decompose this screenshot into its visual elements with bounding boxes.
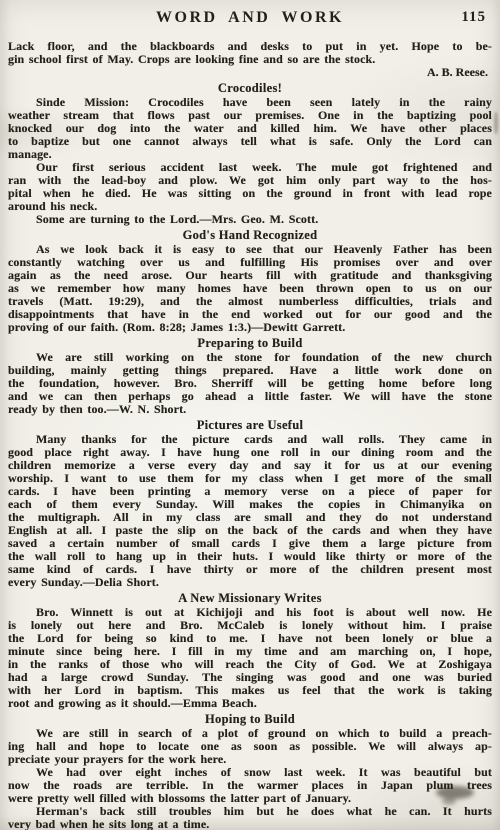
text-line: We are still working on the stone for fo… [8, 351, 492, 364]
section-heading: Pictures are Useful [8, 419, 492, 432]
text-line: worship. I want to use them for my class… [8, 472, 492, 485]
paragraph: Many thanks for the picture cards and wa… [8, 433, 492, 589]
text-line: root and growing as it should.—Emma Beac… [8, 697, 492, 710]
text-line: with her Lord in baptism. This makes us … [8, 684, 492, 697]
paragraph: As we look back it is easy to see that o… [8, 243, 492, 334]
text-line: Sinde Mission: Crocodiles have been seen… [8, 96, 492, 109]
text-line: children memorize a verse every day and … [8, 459, 492, 472]
text-line: minute since being here. I fill in my ti… [8, 645, 492, 658]
text-line: Our first serious accident last week. Th… [8, 161, 492, 174]
paragraph: Bro. Winnett is out at Kichijoji and his… [8, 606, 492, 710]
text-line: ing hall and hope to locate one as soon … [8, 740, 492, 753]
text-line: building, mainly getting things prepared… [8, 364, 492, 377]
text-line: now the roads are terrible. In the warme… [8, 779, 492, 792]
text-line: English at all. I paste the slip on the … [8, 524, 492, 537]
text-line: As we look back it is easy to see that o… [8, 243, 492, 256]
text-line: the Lord for being so kind to me. I have… [8, 632, 492, 645]
paragraph: Lack floor, and the blackboards and desk… [8, 40, 492, 66]
text-line: the wall roll to hang up in their huts. … [8, 550, 492, 563]
paragraph: We had over eight inches of snow last we… [8, 766, 492, 805]
masthead: WORD AND WORK 115 [8, 8, 492, 30]
section-heading: Preparing to Build [8, 337, 492, 350]
paragraph: Our first serious accident last week. Th… [8, 161, 492, 213]
text-line: the foundation, however. Bro. Sherriff w… [8, 377, 492, 390]
text-line: Many thanks for the picture cards and wa… [8, 433, 492, 446]
section-heading: Hoping to Build [8, 713, 492, 726]
text-line: We are still in search of a plot of grou… [8, 727, 492, 740]
text-line: same kind of cards. I have thirty or mor… [8, 563, 492, 576]
text-line: around his neck. [8, 200, 492, 213]
text-line: had a large crowd Sunday. The singing wa… [8, 671, 492, 684]
signature: A. B. Reese. [8, 66, 492, 79]
text-line: to baptize but one cannot always tell wh… [8, 135, 492, 148]
text-line: proving of our faith. (Rom. 8:28; James … [8, 321, 492, 334]
publication-title: WORD AND WORK [8, 9, 492, 27]
text-line: preciate your prayers for the work here. [8, 753, 492, 766]
section-heading: Crocodiles! [8, 82, 492, 95]
text-line: gin school first of May. Crops are looki… [8, 53, 492, 66]
text-line: as we remember how many homes have been … [8, 282, 492, 295]
text-line: cards. I have been printing a memory ver… [8, 485, 492, 498]
text-line: were pretty well filled with blossoms th… [8, 792, 492, 805]
text-line: is lonely out here and Bro. McCaleb is l… [8, 619, 492, 632]
text-line: travels (Matt. 19:29), and the almost nu… [8, 295, 492, 308]
paragraph: Sinde Mission: Crocodiles have been seen… [8, 96, 492, 161]
section-heading: God's Hand Recognized [8, 229, 492, 242]
scanned-page: WORD AND WORK 115 Lack floor, and the bl… [0, 0, 500, 830]
text-line: We had over eight inches of snow last we… [8, 766, 492, 779]
text-line: Some are turning to the Lord.—Mrs. Geo. … [8, 213, 492, 226]
text-line: disappointments that have in the end wor… [8, 308, 492, 321]
text-line: again as the need arose. Our hearts fill… [8, 269, 492, 282]
text-line: the multigraph. All in my class are smal… [8, 511, 492, 524]
scan-speck [494, 112, 498, 134]
text-line: Lack floor, and the blackboards and desk… [8, 40, 492, 53]
paragraph: We are still in search of a plot of grou… [8, 727, 492, 766]
text-line: good place right away. I have hung one r… [8, 446, 492, 459]
text-line: pital when he died. He was sitting on th… [8, 187, 492, 200]
text-line: and we can then perhaps go ahead a littl… [8, 390, 492, 403]
section-heading: A New Missionary Writes [8, 592, 492, 605]
text-line: constantly watching over us and fulfilli… [8, 256, 492, 269]
paragraph: We are still working on the stone for fo… [8, 351, 492, 416]
text-line: very bad when he sits long at a time. [8, 818, 492, 830]
text-line: knocked our dog into the water and kille… [8, 122, 492, 135]
page-number: 115 [461, 9, 486, 26]
text-line: ready by then too.—W. N. Short. [8, 403, 492, 416]
page-body: Lack floor, and the blackboards and desk… [8, 40, 492, 830]
text-line: each of them every Sunday. Will makes th… [8, 498, 492, 511]
paragraph: Herman's back still troubles him but he … [8, 805, 492, 830]
text-line: manage. [8, 148, 492, 161]
text-line: saved a certain number of small cards I … [8, 537, 492, 550]
text-line: weather stream that flows past our premi… [8, 109, 492, 122]
text-line: in the ranks of those who will reach the… [8, 658, 492, 671]
text-line: every Sunday.—Delia Short. [8, 576, 492, 589]
paragraph: Some are turning to the Lord.—Mrs. Geo. … [8, 213, 492, 226]
text-line: Bro. Winnett is out at Kichijoji and his… [8, 606, 492, 619]
text-line: Herman's back still troubles him but he … [8, 805, 492, 818]
text-line: ran with the lead-boy and plow. We got h… [8, 174, 492, 187]
